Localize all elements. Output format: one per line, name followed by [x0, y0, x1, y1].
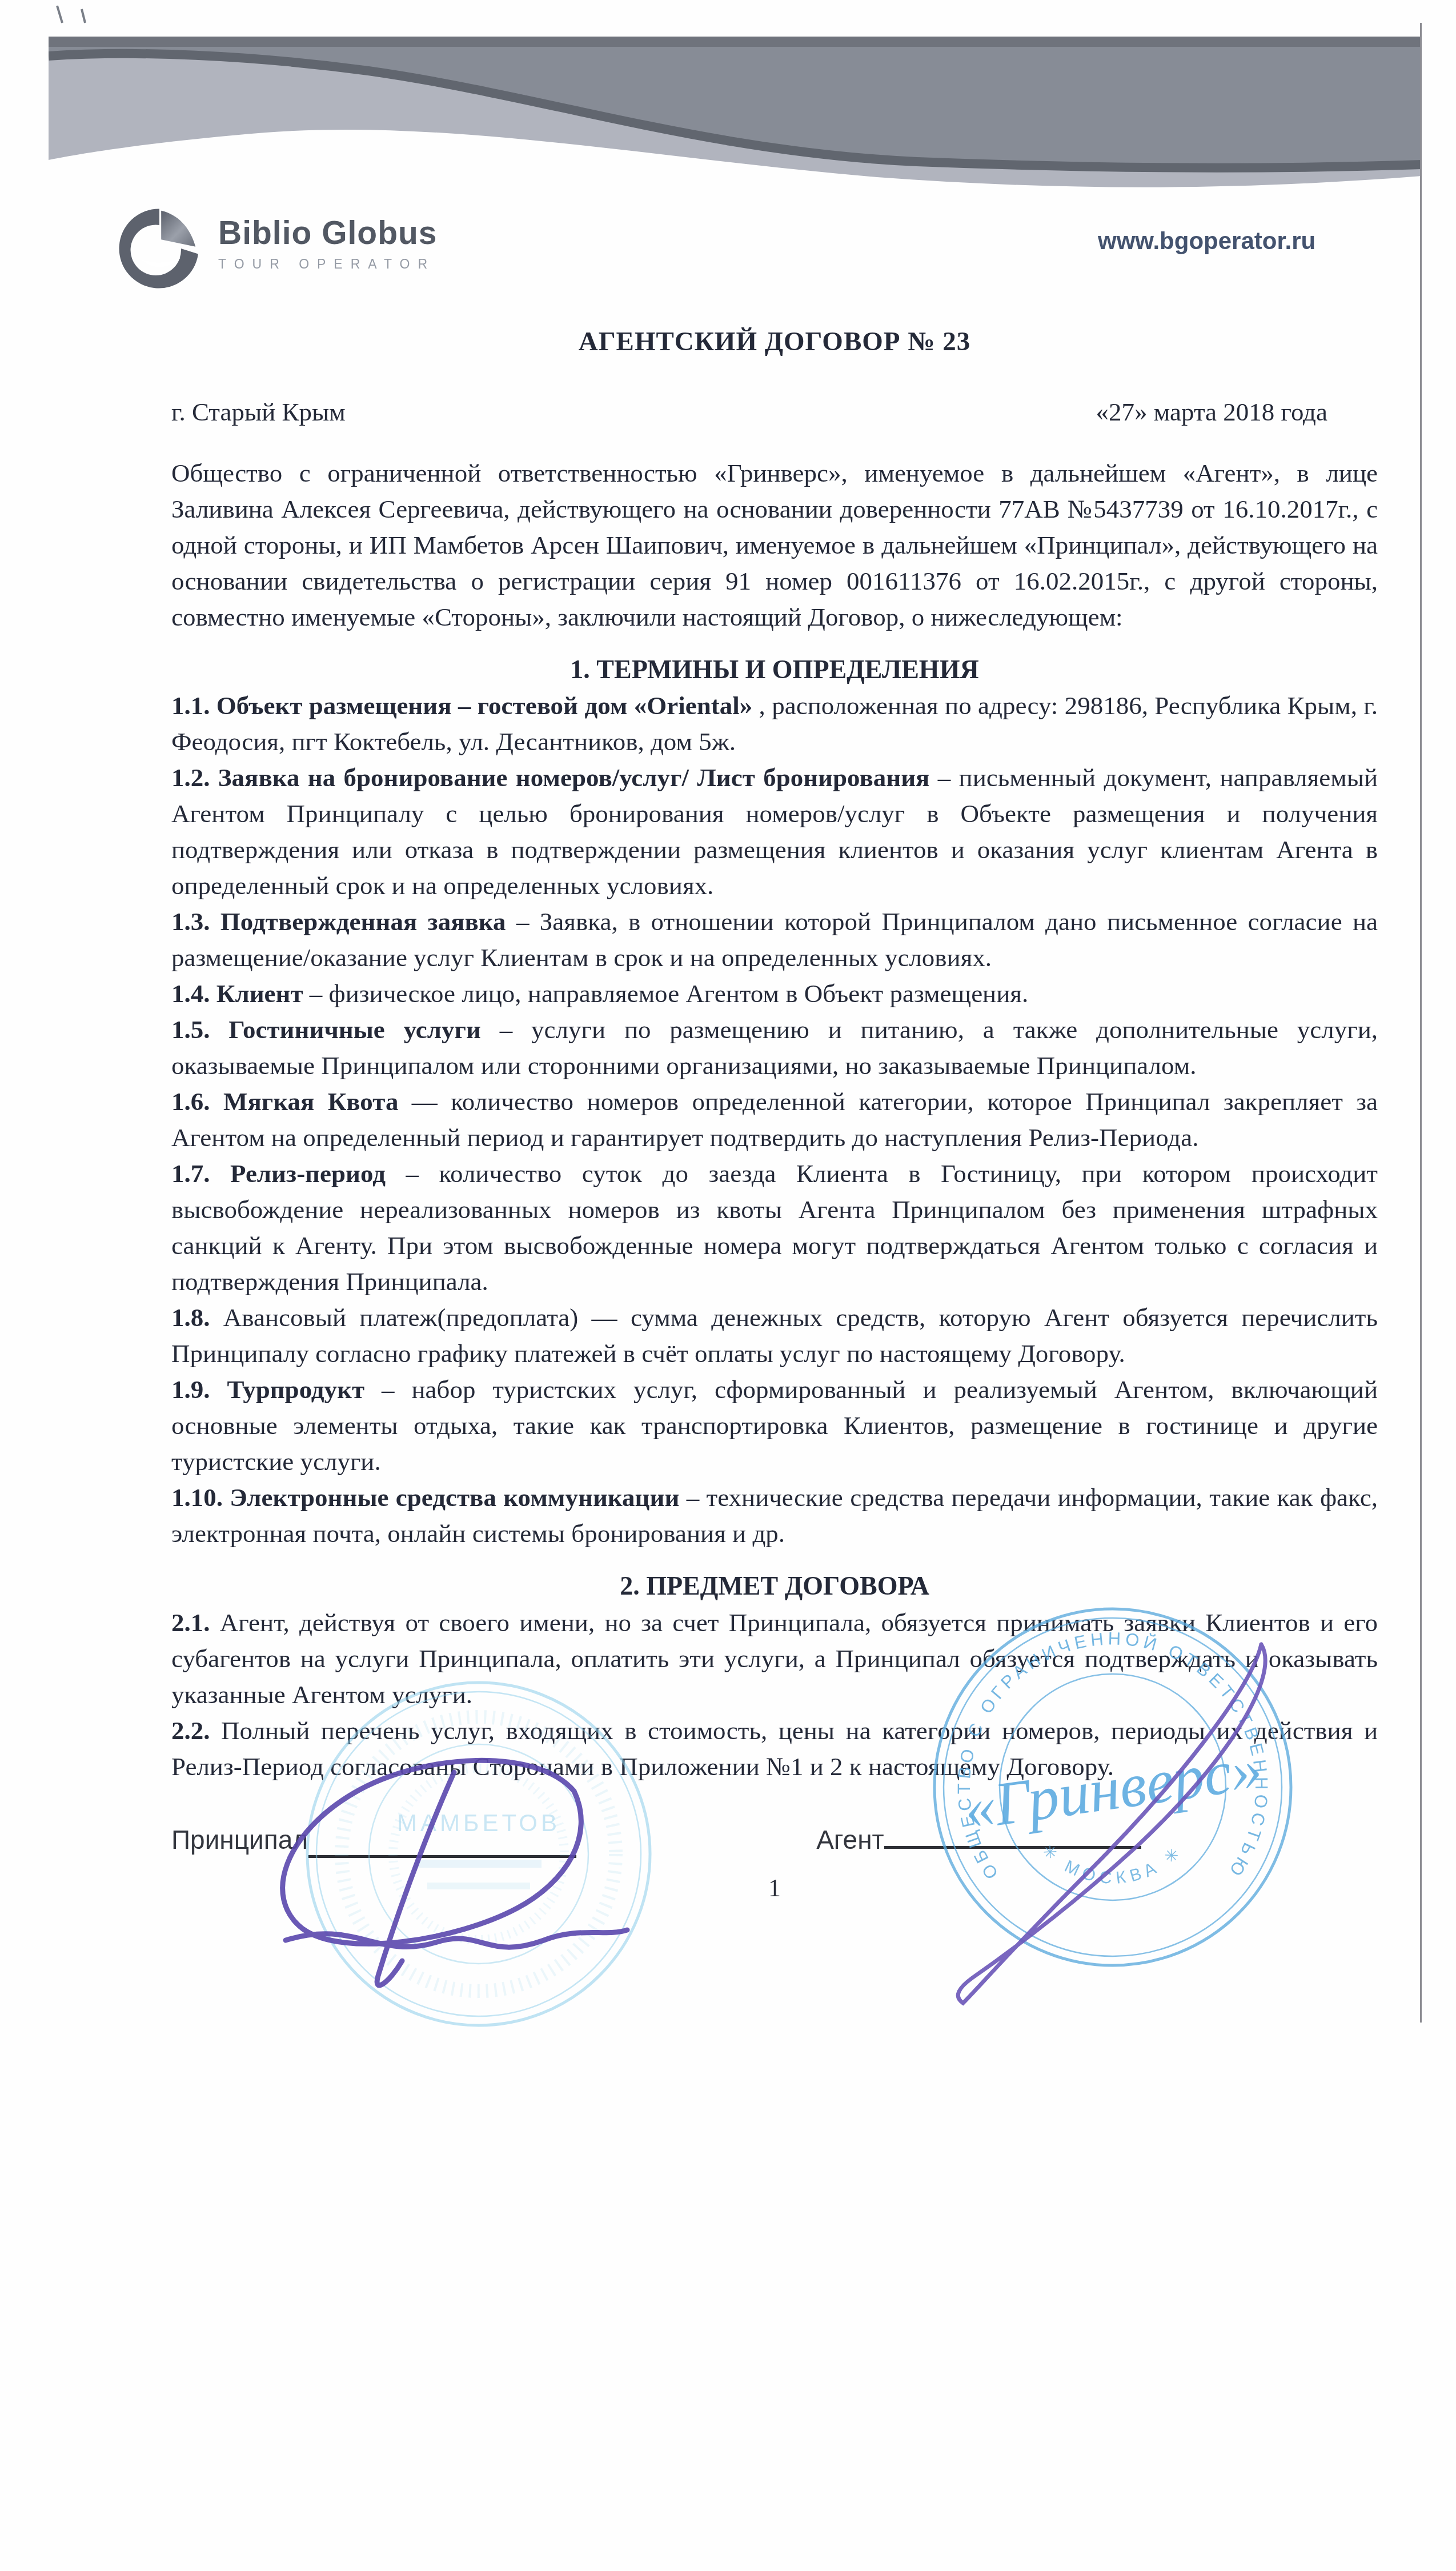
- clause-term: Мягкая Квота: [223, 1087, 398, 1116]
- brand-name: Biblio Globus: [218, 217, 437, 250]
- clause-1-9: 1.9. Турпродукт – набор туристских услуг…: [171, 1372, 1378, 1480]
- brand-website: www.bgoperator.ru: [1098, 227, 1315, 255]
- page-scan-edge: [1420, 23, 1422, 2023]
- letterhead-wave-graphic: [49, 21, 1422, 192]
- section-1-heading: 1. ТЕРМИНЫ И ОПРЕДЕЛЕНИЯ: [171, 651, 1378, 688]
- clause-term: Заявка на бронирование номеров/услуг/ Ли…: [218, 763, 930, 792]
- contract-date: «27» марта 2018 года: [1096, 394, 1327, 430]
- clause-number: 2.1.: [171, 1608, 220, 1637]
- brand-logotype: Biblio Globus TOUR OPERATOR: [218, 217, 437, 271]
- clause-1-7: 1.7. Релиз-период – количество суток до …: [171, 1156, 1378, 1300]
- clause-number: 1.5.: [171, 1015, 228, 1044]
- clause-1-6: 1.6. Мягкая Квота — количество номеров о…: [171, 1084, 1378, 1156]
- clause-1-10: 1.10. Электронные средства коммуникации …: [171, 1480, 1378, 1552]
- clause-number: 1.4.: [171, 979, 216, 1008]
- clause-number: 1.1.: [171, 691, 216, 720]
- biblio-globus-logo-icon: [114, 203, 204, 294]
- clause-term: Турпродукт: [227, 1375, 364, 1404]
- contract-body: АГЕНТСКИЙ ДОГОВОР № 23 г. Старый Крым «2…: [171, 323, 1378, 1906]
- agent-signature-line: [884, 1823, 1141, 1849]
- clause-2-1: 2.1. Агент, действуя от своего имени, но…: [171, 1605, 1378, 1713]
- clause-1-4: 1.4. Клиент – физическое лицо, направляе…: [171, 976, 1378, 1012]
- section-2-heading: 2. ПРЕДМЕТ ДОГОВОРА: [171, 1568, 1378, 1604]
- clause-term: Гостиничные услуги: [228, 1015, 481, 1044]
- scanned-contract-page: Biblio Globus TOUR OPERATOR www.bgoperat…: [0, 0, 1456, 2571]
- clause-number: 1.10.: [171, 1483, 230, 1512]
- agent-signature-block: Агент: [816, 1821, 1141, 1858]
- clause-term: Объект размещения – гостевой дом «Orient…: [216, 691, 752, 720]
- principal-signature-label: Принципал: [171, 1821, 308, 1858]
- clause-number: 1.6.: [171, 1087, 223, 1116]
- clause-2-2: 2.2. Полный перечень услуг, входящих в с…: [171, 1713, 1378, 1785]
- clause-number: 1.2.: [171, 763, 218, 792]
- clause-term: Электронные средства коммуникации: [230, 1483, 679, 1512]
- brand-header: Biblio Globus TOUR OPERATOR: [114, 201, 514, 304]
- clause-1-8: 1.8. Авансовый платеж(предоплата) — сумм…: [171, 1300, 1378, 1372]
- principal-signature-line: [308, 1832, 576, 1858]
- clause-1-3: 1.3. Подтвержденная заявка – Заявка, в о…: [171, 904, 1378, 976]
- clause-term: Подтвержденная заявка: [220, 907, 506, 936]
- signature-row: Принципал Агент: [171, 1821, 1378, 1858]
- clause-term: Релиз-период: [230, 1159, 386, 1188]
- clause-text: Агент, действуя от своего имени, но за с…: [171, 1608, 1378, 1709]
- place-date-row: г. Старый Крым «27» марта 2018 года: [171, 394, 1378, 430]
- page-number: 1: [171, 1871, 1378, 1906]
- clause-1-5: 1.5. Гостиничные услуги – услуги по разм…: [171, 1012, 1378, 1084]
- clause-text: – физическое лицо, направляемое Агентом …: [303, 979, 1029, 1008]
- clause-number: 1.3.: [171, 907, 220, 936]
- clause-text: Авансовый платеж(предоплата) — сумма ден…: [171, 1303, 1378, 1368]
- clause-number: 1.8.: [171, 1303, 223, 1332]
- clause-text: Полный перечень услуг, входящих в стоимо…: [171, 1716, 1378, 1781]
- contract-title: АГЕНТСКИЙ ДОГОВОР № 23: [171, 323, 1378, 361]
- clause-term: Клиент: [216, 979, 303, 1008]
- agent-signature-label: Агент: [816, 1825, 884, 1855]
- contract-place: г. Старый Крым: [171, 394, 346, 430]
- clause-number: 1.7.: [171, 1159, 230, 1188]
- brand-tagline: TOUR OPERATOR: [218, 258, 437, 271]
- clause-number: 2.2.: [171, 1716, 221, 1745]
- clause-1-2: 1.2. Заявка на бронирование номеров/услу…: [171, 760, 1378, 904]
- contract-preamble: Общество с ограниченной ответственностью…: [171, 455, 1378, 635]
- clause-1-1: 1.1. Объект размещения – гостевой дом «O…: [171, 688, 1378, 760]
- clause-number: 1.9.: [171, 1375, 227, 1404]
